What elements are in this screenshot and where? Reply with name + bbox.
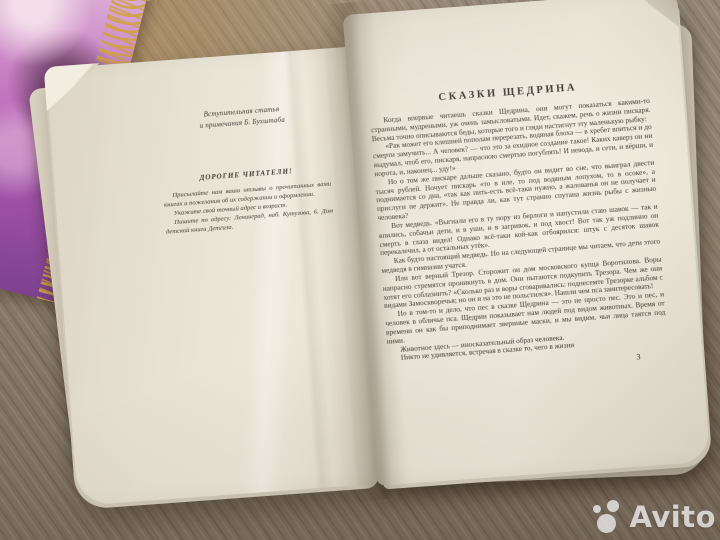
- right-page: СКАЗКИ ЩЕДРИНА Когда впервые читаешь ска…: [343, 0, 711, 486]
- watermark-label: Avito: [629, 503, 716, 532]
- logo-dot: [597, 514, 616, 533]
- folded-corner: [44, 63, 103, 111]
- logo-dot: [607, 500, 619, 512]
- avito-dots-logo-icon: [592, 500, 624, 534]
- photo-scene: Вступительная статья и примечания Б. Бух…: [0, 0, 720, 540]
- chapter-body: Когда впервые читаешь сказки Щедрина, он…: [370, 97, 667, 364]
- readers-note: Присылайте нам ваши отзывы о прочитанных…: [163, 179, 334, 237]
- open-book: Вступительная статья и примечания Б. Бух…: [21, 0, 714, 523]
- page-corner-fold: [635, 0, 680, 31]
- logo-dot: [593, 505, 601, 513]
- avito-watermark: Avito: [592, 500, 716, 534]
- left-page-text-block: Вступительная статья и примечания Б. Бух…: [157, 101, 334, 237]
- left-page: Вступительная статья и примечания Б. Бух…: [46, 47, 383, 506]
